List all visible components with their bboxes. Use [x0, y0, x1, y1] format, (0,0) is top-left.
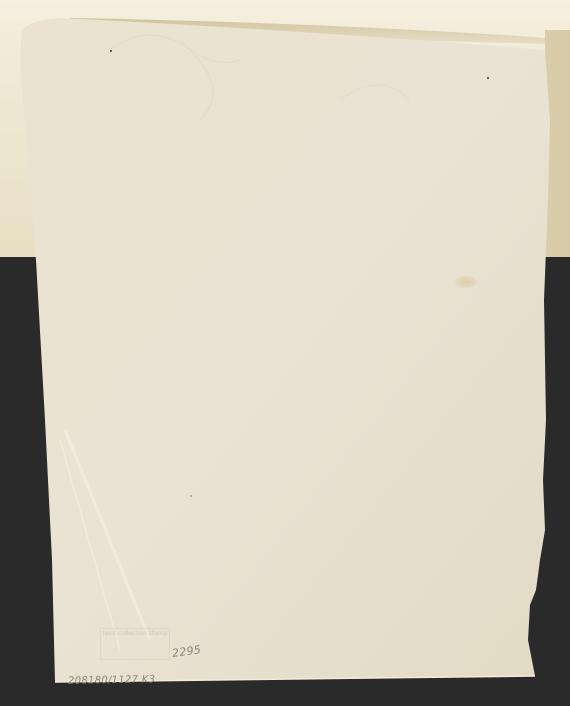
- dust-spot: [110, 50, 112, 52]
- pencil-inventory-number: 208180/1127 K3: [68, 674, 155, 687]
- paper-stain: [455, 276, 477, 288]
- dust-spot: [190, 495, 192, 497]
- paper-sheet: [0, 0, 570, 706]
- dust-spot: [487, 77, 489, 79]
- photo-scene: faint collection stamp 2295 208180/1127 …: [0, 0, 570, 706]
- collection-stamp: faint collection stamp: [100, 628, 170, 660]
